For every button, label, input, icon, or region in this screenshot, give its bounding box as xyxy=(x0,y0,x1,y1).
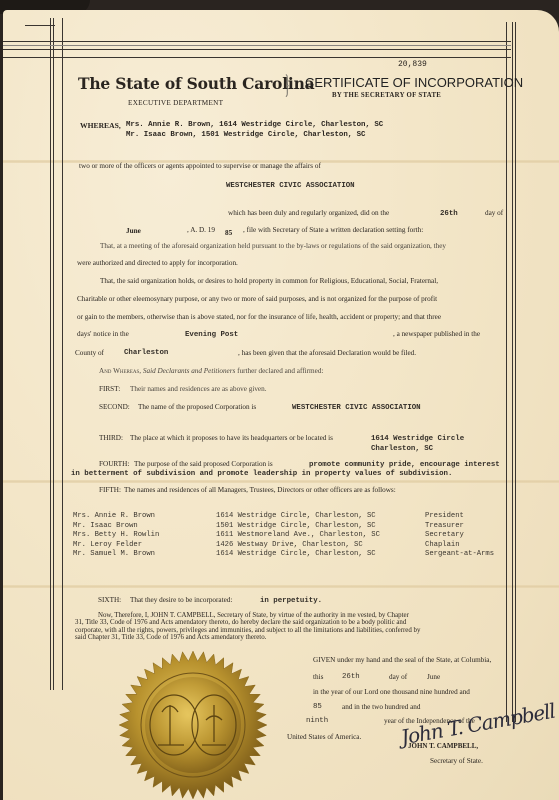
therefore-line: said Chapter 31, Title 33, Code of 1976 … xyxy=(75,634,518,641)
given-line: United States of America. xyxy=(287,733,361,741)
property-line: Charitable or other eleemosynary purpose… xyxy=(77,295,437,303)
third-value: 1614 Westridge Circle xyxy=(371,435,464,443)
department: EXECUTIVE DEPARTMENT xyxy=(128,99,223,107)
notice-label: days' notice in the xyxy=(77,330,129,338)
border-line xyxy=(62,18,63,690)
organized-text: which has been duly and regularly organi… xyxy=(228,209,389,217)
pen-mark xyxy=(25,25,55,26)
officer-title: Sergeant-at-Arms xyxy=(425,550,494,558)
fourth-value: promote community pride, encourage inter… xyxy=(309,461,500,469)
given-ordinal: ninth xyxy=(306,717,328,725)
border-line xyxy=(53,18,54,690)
first-label: FIRST: xyxy=(99,385,120,393)
petitioner: Mr. Isaac Brown, 1501 Westridge Circle, … xyxy=(126,131,366,139)
year-value: 85 xyxy=(225,229,232,237)
county-value: Charleston xyxy=(124,349,168,357)
fifth-label: FIFTH: xyxy=(99,486,121,494)
officer-title: Secretary xyxy=(425,531,464,539)
first-text: Their names and residences are as above … xyxy=(130,385,267,393)
border-line xyxy=(3,41,511,42)
fourth-text: The purpose of the said proposed Corpora… xyxy=(134,460,273,468)
therefore-line: Now, Therefore, I, JOHN T. CAMPBELL, Sec… xyxy=(75,612,518,619)
signer-title: Secretary of State. xyxy=(430,757,483,765)
second-value: WESTCHESTER CIVIC ASSOCIATION xyxy=(292,404,421,412)
newspaper-value: Evening Post xyxy=(185,331,238,339)
given-day: 26th xyxy=(342,673,360,681)
and-whereas-rest: further declared and affirmed: xyxy=(237,367,323,375)
second-text: The name of the proposed Corporation is xyxy=(138,403,256,411)
fold-line xyxy=(3,480,559,483)
officer-name: Mr. Samuel M. Brown xyxy=(73,550,155,558)
and-whereas-italic: Said Declarants and Petitioners xyxy=(143,367,235,375)
brace: } xyxy=(285,70,289,100)
newspaper-text: , a newspaper published in the xyxy=(393,330,480,338)
officer-name: Mrs. Betty H. Rowlin xyxy=(73,531,159,539)
officers-intro: two or more of the officers or agents ap… xyxy=(79,162,321,170)
month-value: June xyxy=(126,227,141,235)
fifth-text: The names and residences of all Managers… xyxy=(124,486,396,494)
third-label: THIRD: xyxy=(99,434,123,442)
certificate-number: 20,839 xyxy=(398,60,427,69)
sixth-text: That they desire to be incorporated: xyxy=(130,596,232,604)
third-value: Charleston, SC xyxy=(371,445,433,453)
county-label: County of xyxy=(75,349,104,357)
officer-address: 1611 Westmoreland Ave., Charleston, SC xyxy=(216,531,380,539)
day-of-text: day of xyxy=(485,209,503,217)
therefore-line: 31, Title 33, Code of 1976 and Acts amen… xyxy=(75,619,518,626)
officer-address: 1614 Westridge Circle, Charleston, SC xyxy=(216,512,376,520)
therefore-line: corporate, with all the rights, powers, … xyxy=(75,627,518,634)
border-line xyxy=(3,57,511,58)
officer-name: Mr. Isaac Brown xyxy=(73,522,138,530)
state-seal-icon xyxy=(118,650,268,800)
given-year: 85 xyxy=(313,703,322,711)
petitioner: Mrs. Annie R. Brown, 1614 Westridge Circ… xyxy=(126,121,383,129)
officer-address: 1426 Westway Drive, Charleston, SC xyxy=(216,541,363,549)
border-line xyxy=(50,18,51,690)
organization-name: WESTCHESTER CIVIC ASSOCIATION xyxy=(226,182,355,190)
day-value: 26th xyxy=(440,210,458,218)
therefore-paragraph: Now, Therefore, I, JOHN T. CAMPBELL, Sec… xyxy=(75,612,518,642)
certificate-title: CERTIFICATE OF INCORPORATION xyxy=(305,75,523,90)
and-whereas-line: And Whereas, Said Declarants and Petitio… xyxy=(99,367,323,375)
given-line: GIVEN under my hand and the seal of the … xyxy=(313,656,491,664)
fourth-label: FOURTH: xyxy=(99,460,129,468)
fourth-value: in betterment of subdivision and promote… xyxy=(71,470,452,478)
given-this: this xyxy=(313,673,323,681)
border-line xyxy=(3,49,511,50)
officer-title: Chaplain xyxy=(425,541,460,549)
given-line: in the year of our Lord one thousand nin… xyxy=(313,688,470,696)
officer-title: Treasurer xyxy=(425,522,464,530)
officer-address: 1614 Westridge Circle, Charleston, SC xyxy=(216,550,376,558)
sixth-value: in perpetuity. xyxy=(260,597,322,605)
officer-address: 1501 Westridge Circle, Charleston, SC xyxy=(216,522,376,530)
border-line xyxy=(3,45,511,46)
sixth-label: SIXTH: xyxy=(98,596,121,604)
given-day-of: day of xyxy=(389,673,407,681)
property-line: That, the said organization holds, or de… xyxy=(100,277,438,285)
fold-line xyxy=(3,585,559,588)
given-line: and in the two hundred and xyxy=(342,703,420,711)
property-line: or gain to the members, otherwise than i… xyxy=(77,313,441,321)
signer-name: JOHN T. CAMPBELL, xyxy=(408,742,478,750)
state-title: The State of South Carolina xyxy=(78,74,314,93)
officer-name: Mr. Leroy Felder xyxy=(73,541,142,549)
and-whereas-label: And Whereas, xyxy=(99,367,141,375)
whereas-label: WHEREAS, xyxy=(80,121,121,130)
second-label: SECOND: xyxy=(99,403,130,411)
officer-title: President xyxy=(425,512,464,520)
given-month: June xyxy=(427,673,440,681)
certificate-subtitle: BY THE SECRETARY OF STATE xyxy=(332,92,441,99)
officer-name: Mrs. Annie R. Brown xyxy=(73,512,155,520)
meeting-line: That, at a meeting of the aforesaid orga… xyxy=(100,242,446,250)
file-text: , file with Secretary of State a written… xyxy=(243,226,423,234)
ad-text: , A. D. 19 xyxy=(187,226,215,234)
county-text: , has been given that the aforesaid Decl… xyxy=(238,349,416,357)
meeting-line: were authorized and directed to apply fo… xyxy=(77,259,238,267)
third-text: The place at which it proposes to have i… xyxy=(130,434,333,442)
